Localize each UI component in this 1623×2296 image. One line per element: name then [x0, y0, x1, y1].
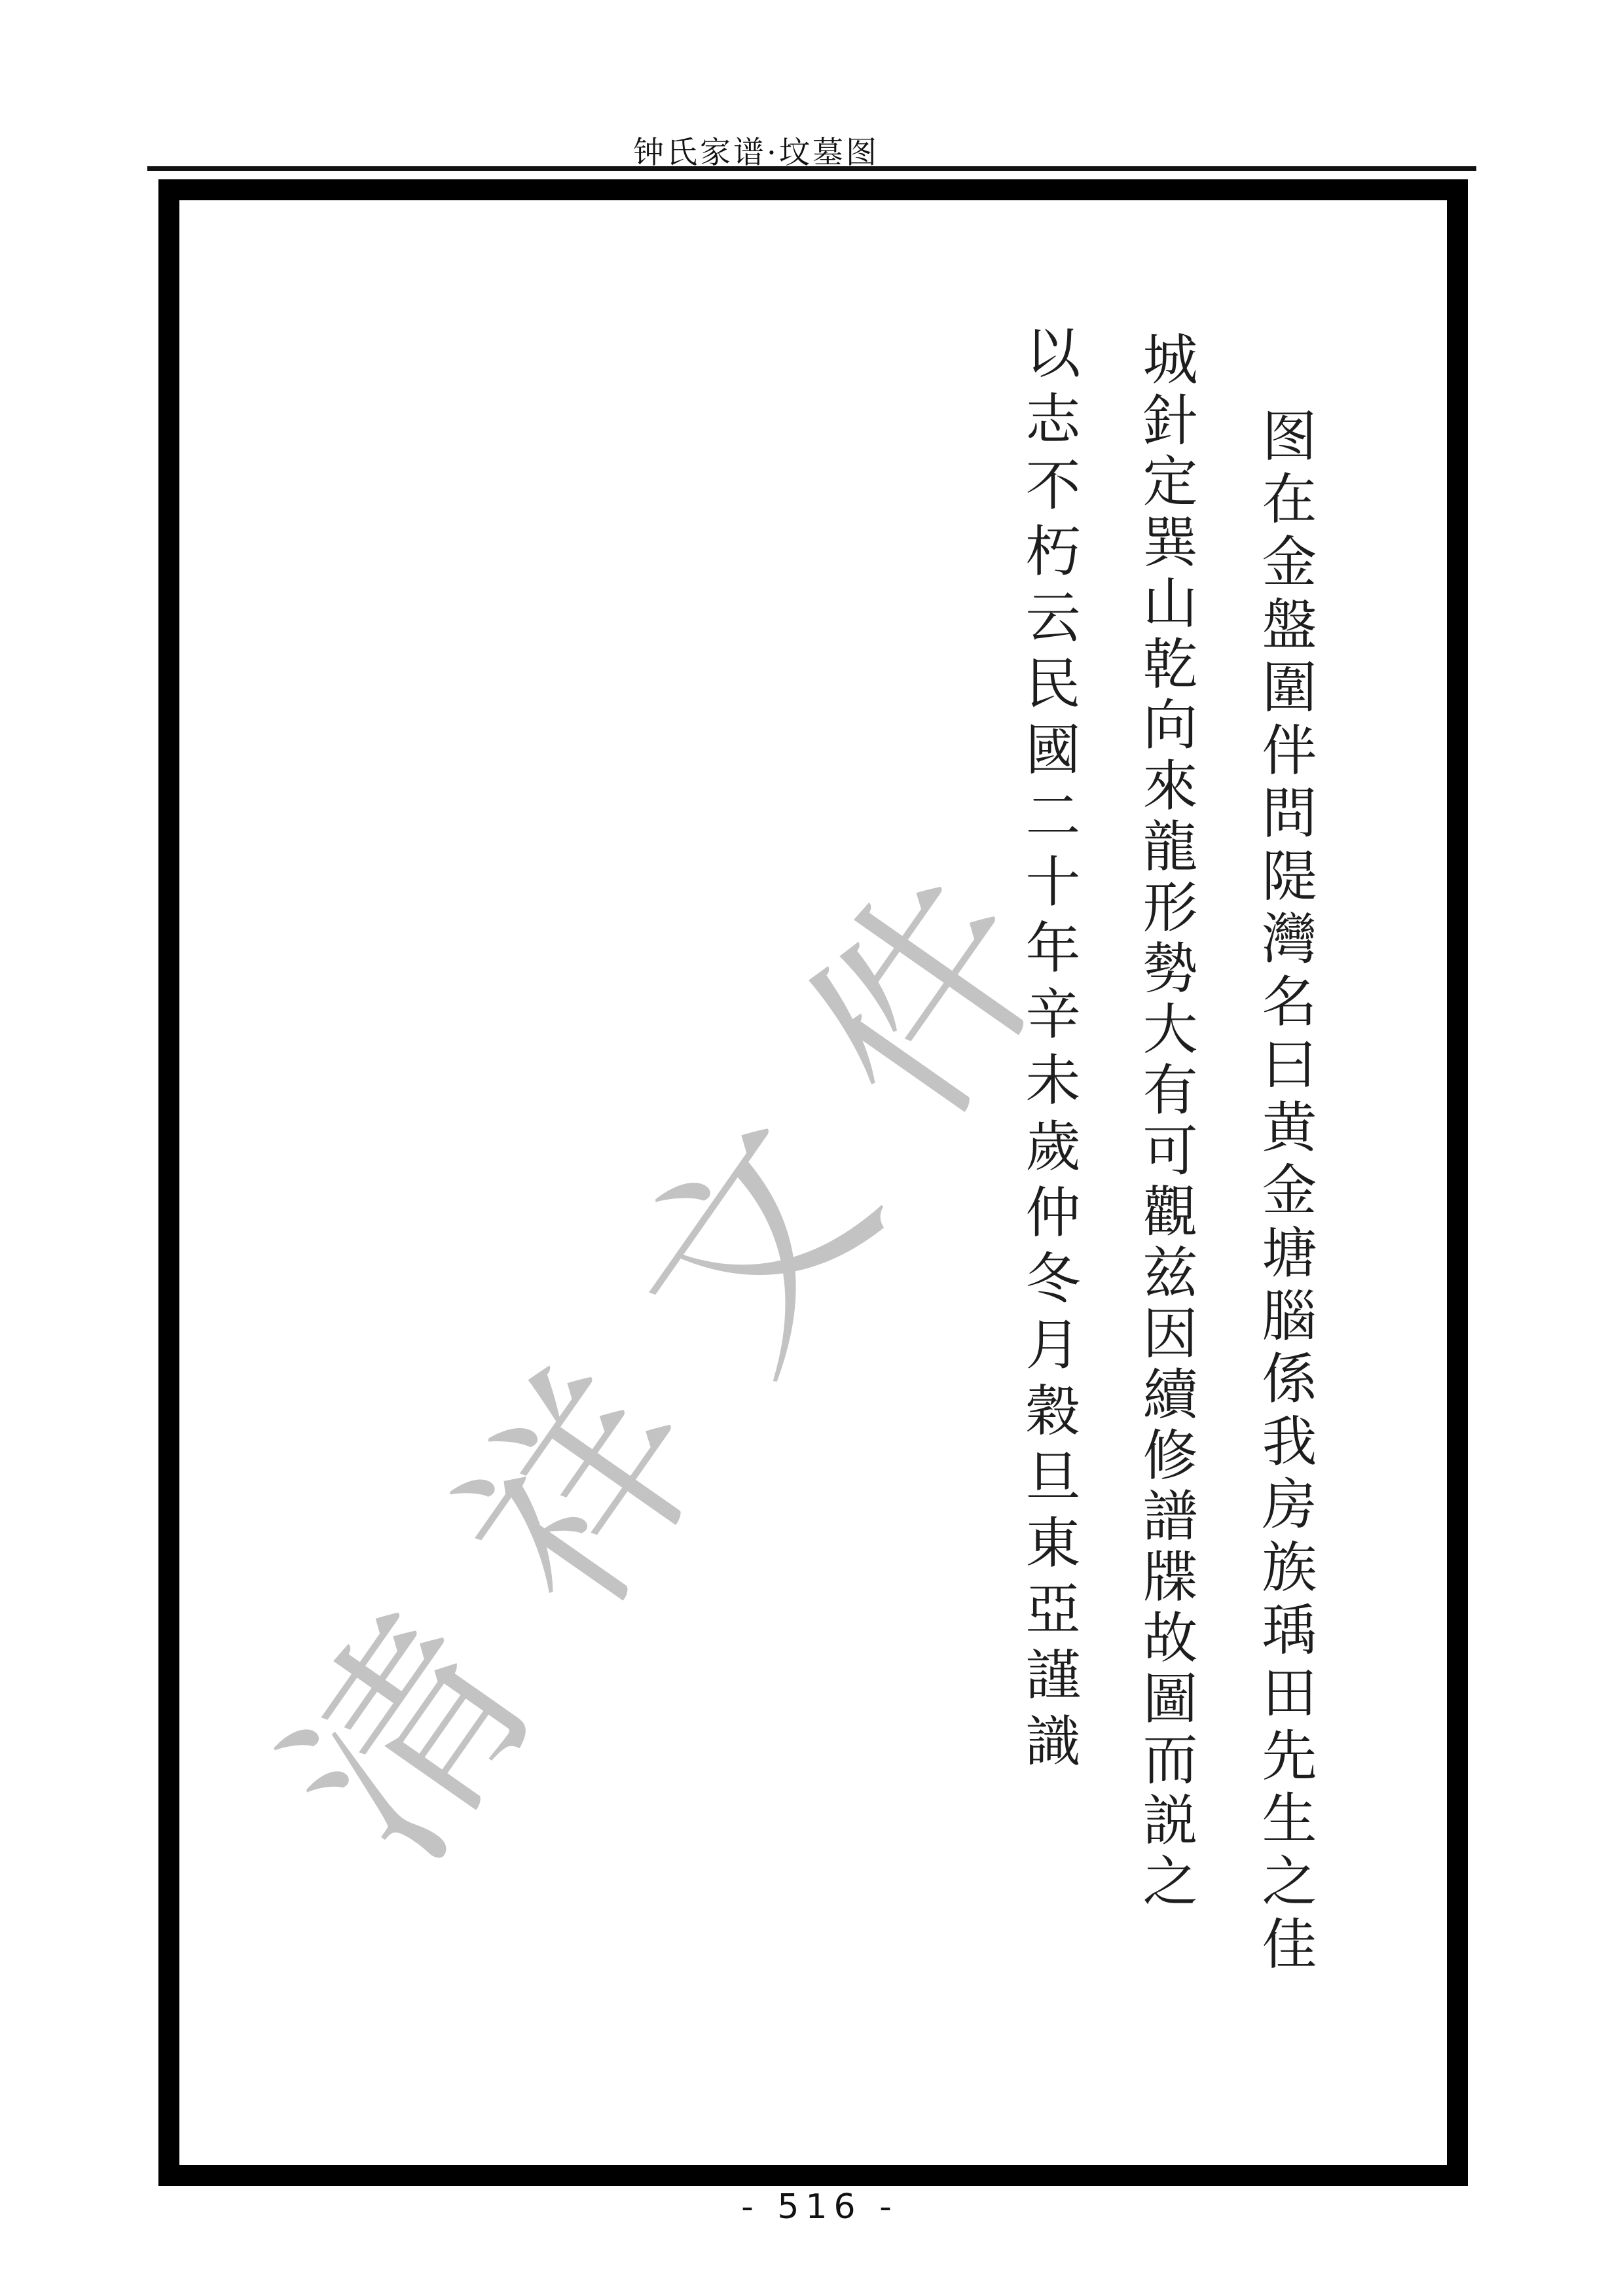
vertical-text-column-right: 图在金盤圍伴問隄灣名曰黄金塘腦係我房族瑀田先生之佳 — [1246, 407, 1325, 1978]
vertical-text-column-middle: 城針定巽山乾向來龍形勢大有可觀兹因續修譜牒故圖而説之 — [1127, 331, 1206, 1913]
page-header-title: 钟氏家谱·坟墓图 — [633, 128, 879, 172]
scanned-genealogy-page: 钟氏家谱·坟墓图 清祥文件 图在金盤圍伴問隄灣名曰黄金塘腦係我房族瑀田先生之佳 … — [0, 0, 1623, 2296]
vertical-text-column-left: 以志不朽云民國二十年辛未歲仲冬月穀旦東亞謹識 — [1010, 324, 1089, 1778]
header-rule — [147, 166, 1476, 171]
footer-page-number: - 516 - — [741, 2187, 898, 2227]
